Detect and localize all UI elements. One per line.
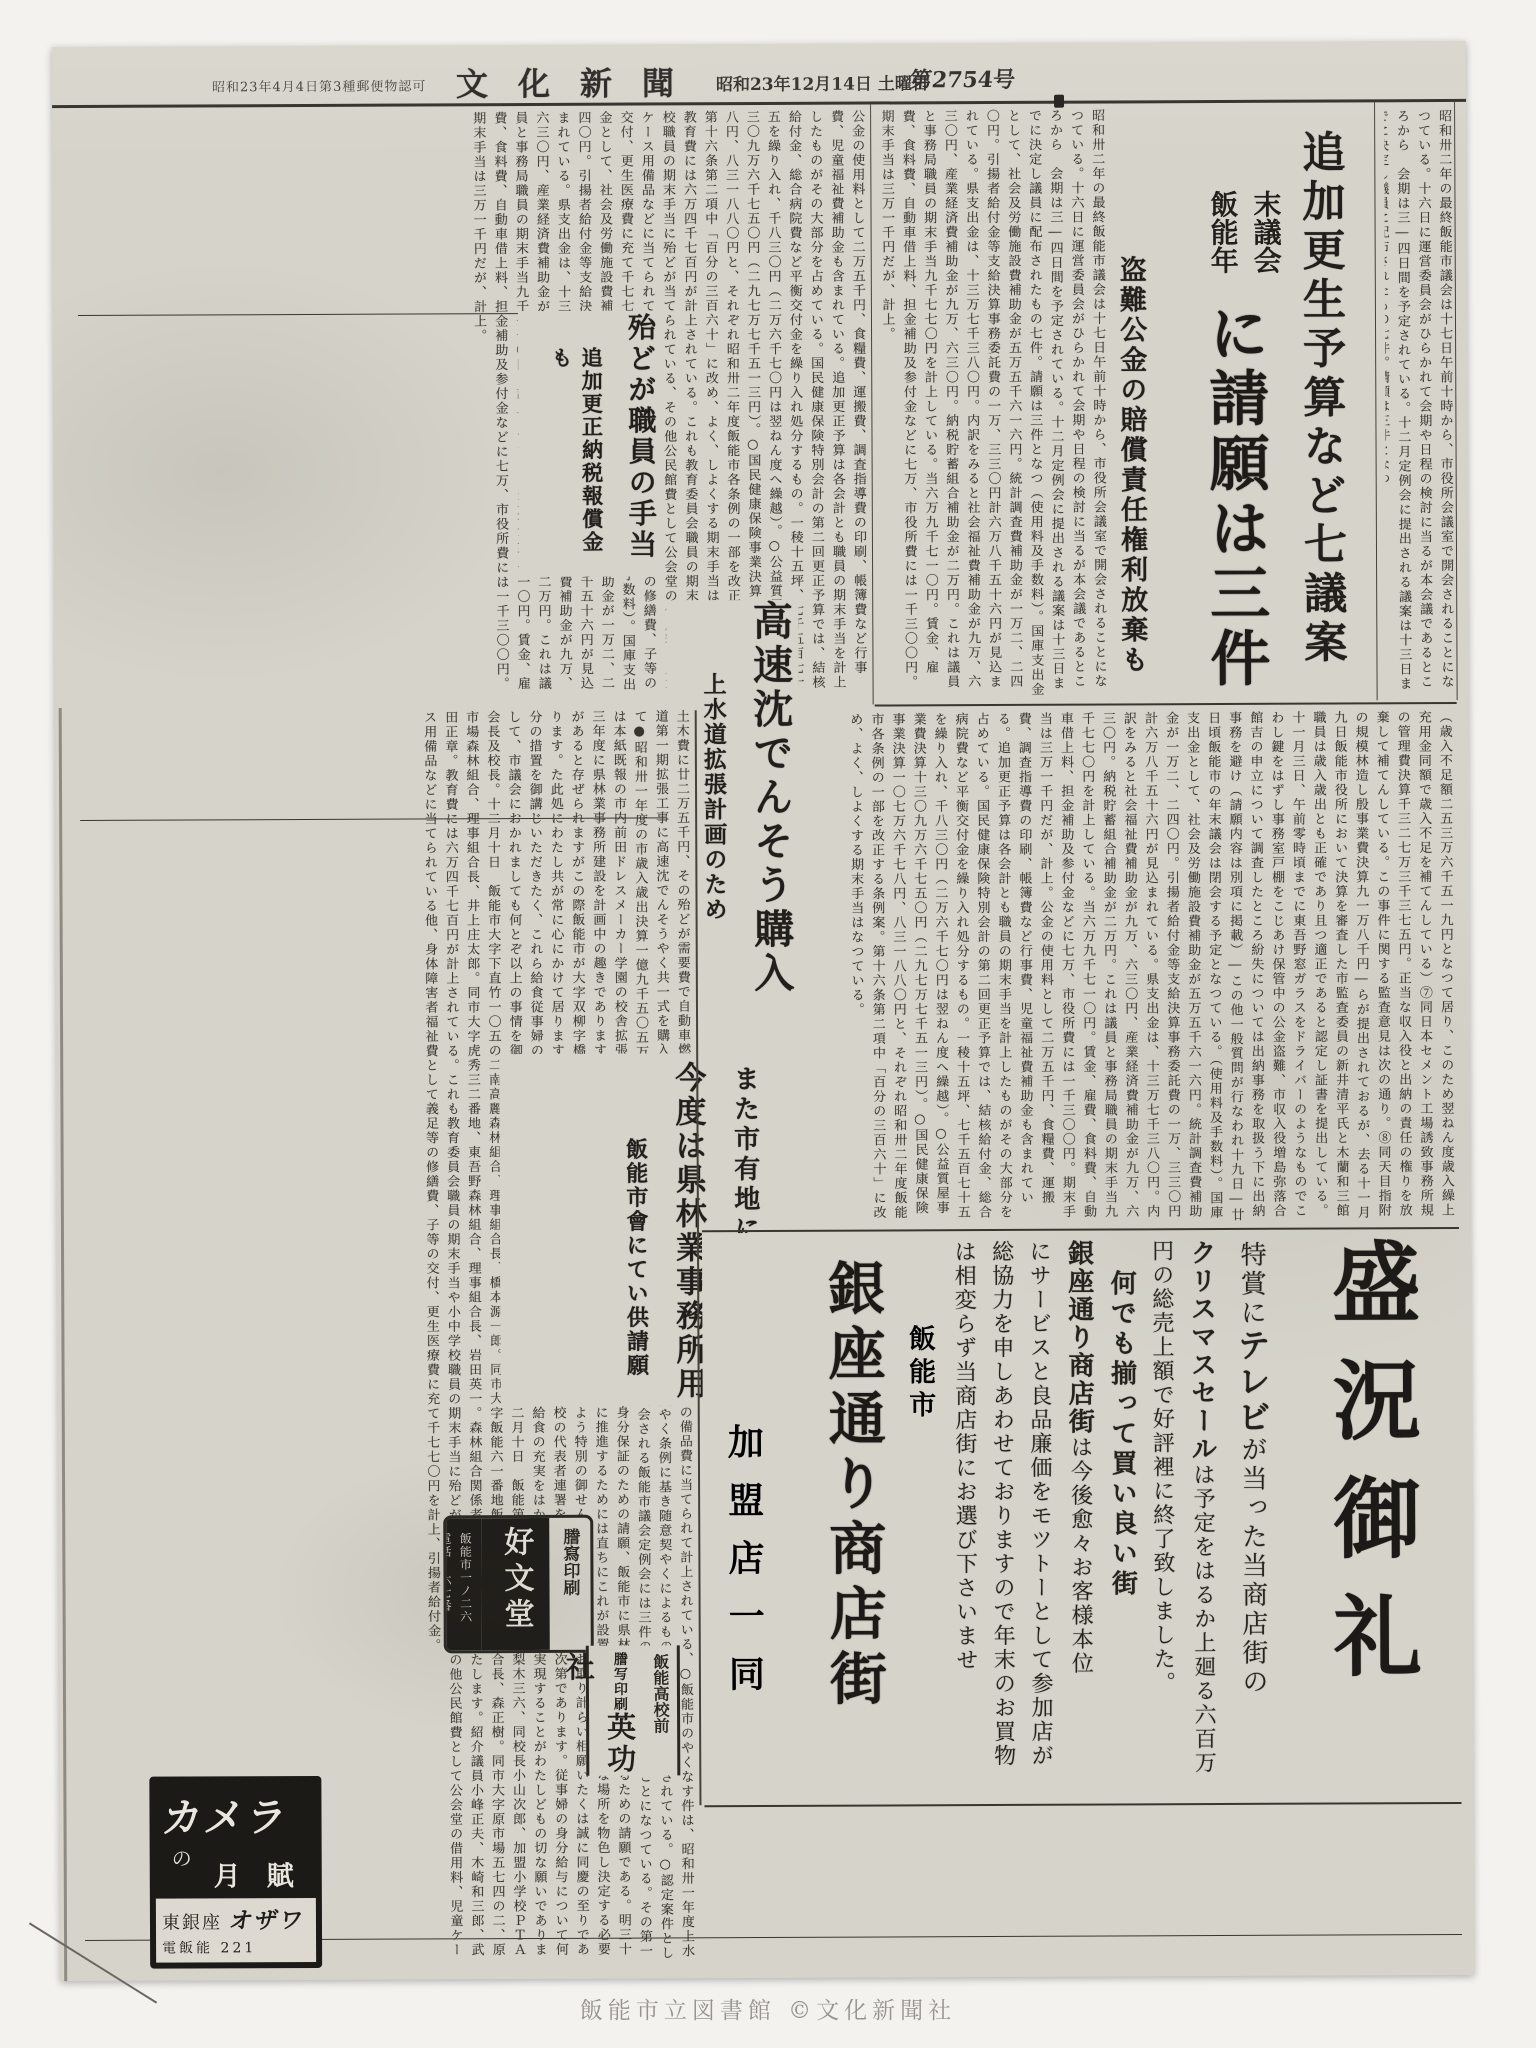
ad-eikosha-print-shop: 飯能高校前 謄写印刷英功社 xyxy=(586,1645,681,1775)
ad-line-3: 円の総売上額で好評裡に終了致しました。 xyxy=(1147,1239,1177,1803)
article-a1-title-group: 飯能年 末議会 に請願は三件 xyxy=(1179,190,1289,706)
ad-line1-pre: 特賞に xyxy=(1236,1241,1266,1328)
ad-line1-post: が当った当商店街の xyxy=(1237,1436,1268,1697)
ad-signature-city: 飯能市 xyxy=(900,1324,939,1423)
section-rule-under-a1 xyxy=(875,702,1457,707)
ad-signature-members: 加盟店一同 xyxy=(718,1423,770,1713)
masthead-band: 昭和23年4月4日第3種郵便物認可 文化新聞 昭和23年12月14日 土曜日 第… xyxy=(52,53,1466,108)
ad-line-6: にサービスと良品廉価をモツトーとして参加店が xyxy=(1025,1240,1055,1804)
ad-line-4: 何でも揃って買い良い街 xyxy=(1105,1239,1140,1803)
article-a2-headline-group: 殆どが職員の手当 追加更正納税報償金も xyxy=(518,310,661,577)
article-a5-fill-2: 公金の使用料として二万五千円、食糧費、運搬費、調査指導費の印刷、帳簿費など行事費… xyxy=(847,712,1054,1220)
ad-kobundo-addr1: 飯能市一ノ二六 xyxy=(458,1532,472,1623)
ad-line1-tv: テレビ xyxy=(1232,1328,1271,1436)
ad-headline: 盛況御礼 xyxy=(1307,1236,1435,1803)
ad-eikosha-name-column: 謄写印刷英功社 xyxy=(555,1646,646,1776)
ad-camera-shop-area: 東銀座 xyxy=(162,1912,222,1933)
ad-kobundo-label: 謄寫印刷 xyxy=(549,1518,591,1650)
ad-camera-no: の xyxy=(172,1843,192,1872)
article-a1-main-headline: に請願は三件 xyxy=(1191,302,1279,692)
article-a1-kicker-headline: 追加更生予算など七議案 xyxy=(1290,129,1353,669)
ad-line-7: 総協力を申しあわせておりますので年末のお買物 xyxy=(987,1240,1017,1804)
article-a1-lead-text: 昭和卅二年の最終飯能市議会は十七日午前十時から、市役所会議室で開会されることにな… xyxy=(1384,109,1454,691)
article-a1-body: 昭和卅二年の最終飯能市議会は十七日午前十時から、市役所会議室で開会されることにな… xyxy=(877,108,1110,701)
ad-line-1: 特賞にテレビが当った当商店街の xyxy=(1228,1241,1277,1803)
ad-line5-name: 銀座通り商店街 xyxy=(1064,1240,1095,1436)
newspaper-scan-page: 昭和23年4月4日第3種郵便物認可 文化新聞 昭和23年12月14日 土曜日 第… xyxy=(0,0,1536,2048)
page-body: 公金の使用料として二万五千円、食糧費、運搬費、調査指導費の印刷、帳簿費など行事費… xyxy=(52,102,1474,1981)
article-a5-text: （歳入不足額二五三万六千五一九円となつて居り、このため翌ねん度歳入繰上充用金同額… xyxy=(1205,710,1454,1222)
article-a1-subheadline: 盗難公金の賠償責任権利放棄も xyxy=(1111,255,1152,703)
article-a1-title-small-1: 飯能年 xyxy=(1202,190,1242,298)
article-a2-subheadline: 追加更正納税報償金も xyxy=(546,347,607,575)
masthead-title: 文化新聞 xyxy=(456,58,704,105)
ad-ginza-shopping-street: 盛況御礼 特賞にテレビが当った当商店街の クリスマスセールは予定をはるか上廻る六… xyxy=(702,1230,1461,1805)
article-a5-fill-1: （使用料及手数料）。国庫支出金として、社会及労働施設費補助金が五万五千六一六円。… xyxy=(1037,711,1223,1220)
ad-camera-installment-label: 月賦 xyxy=(214,1854,320,1893)
edition-date: 昭和23年12月14日 土曜日 xyxy=(716,69,929,95)
ad-camera-installment: カメラ の 月賦 東銀座 オザワ 電飯能 221 xyxy=(149,1776,322,1969)
ad-eikosha-place: 飯能高校前 xyxy=(645,1645,678,1775)
ad-kobundo-addr2: 電話 六七番 xyxy=(443,1532,452,1612)
column-rule-a1-left xyxy=(870,105,874,705)
column-rule-right xyxy=(1374,102,1378,700)
ad-eikosha-label: 謄写印刷 xyxy=(612,1652,628,1712)
ad-signature-street-name: 銀座通り商店街 xyxy=(811,1258,895,1713)
ad-line-2: クリスマスセールは予定をはるか上廻る六百万 xyxy=(1184,1239,1219,1803)
ad-line2-sale: クリスマスセール xyxy=(1186,1239,1217,1463)
ad-kobundo-name: 好文堂 xyxy=(481,1518,550,1650)
issue-number: 第2754号 xyxy=(908,63,1016,94)
newspaper-paper: 昭和23年4月4日第3種郵便物認可 文化新聞 昭和23年12月14日 土曜日 第… xyxy=(52,41,1474,1981)
ad-line-8: は相変らず当商店街にお選び下さいませ xyxy=(950,1240,980,1804)
library-copyright-caption: 飯能市立図書館 ©文化新聞社 xyxy=(0,1992,1536,2025)
scan-artifact-left-edge xyxy=(59,708,68,1981)
ad-signature-block: 飯能市 銀座通り商店街 加盟店一同 xyxy=(708,1232,946,1805)
ad-camera-title: カメラ xyxy=(149,1776,322,1844)
article-a1-text: （使用料及手数料）。国庫支出金として、社会及労働施設費補助金が五万五千六一六円。… xyxy=(879,109,1044,697)
ad-camera-telephone: 電飯能 221 xyxy=(162,1937,310,1958)
postal-registration-line: 昭和23年4月4日第3種郵便物認可 xyxy=(212,75,426,95)
ad-camera-shop-strip: 東銀座 オザワ 電飯能 221 xyxy=(156,1898,316,1963)
ad-kobundo-address: 飯能市一ノ二六電話 六七番 xyxy=(443,1518,482,1650)
ad-line5-post: は今後愈々お客様本位 xyxy=(1067,1436,1093,1676)
ad-line-5: 銀座通り商店街は今後愈々お客様本位 xyxy=(1062,1240,1097,1804)
ad-kobundo-print-shop: 謄寫印刷 好文堂 飯能市一ノ二六電話 六七番 xyxy=(443,1515,594,1654)
ad-line2-post: は予定をはるか上廻る六百万 xyxy=(1190,1463,1216,1775)
article-a1-lead-columns: 昭和卅二年の最終飯能市議会は十七日午前十時から、市役所会議室で開会されることにな… xyxy=(1384,109,1457,699)
ad-camera-shop-line: 東銀座 オザワ xyxy=(162,1902,310,1936)
article-a1-title-small-2: 末議会 xyxy=(1245,190,1285,298)
article-a5-body: （歳入不足額二五三万六千五一九円となつて居り、このため翌ねん度歳入繰上充用金同額… xyxy=(703,710,1457,1225)
article-a2-headline: 殆どが職員の手当 xyxy=(620,312,661,574)
article-a4-subheadline: 飯能市會にてい供請願 xyxy=(621,1137,653,1405)
article-a4-fill: 教育費には六万四千七百円が計上されている。これも教育委員会職員の期末手当や小中学… xyxy=(421,710,462,1957)
ad-camera-shop-name: オザワ xyxy=(227,1902,308,1935)
article-a1-title-small-pair: 飯能年 末議会 xyxy=(1202,190,1285,298)
